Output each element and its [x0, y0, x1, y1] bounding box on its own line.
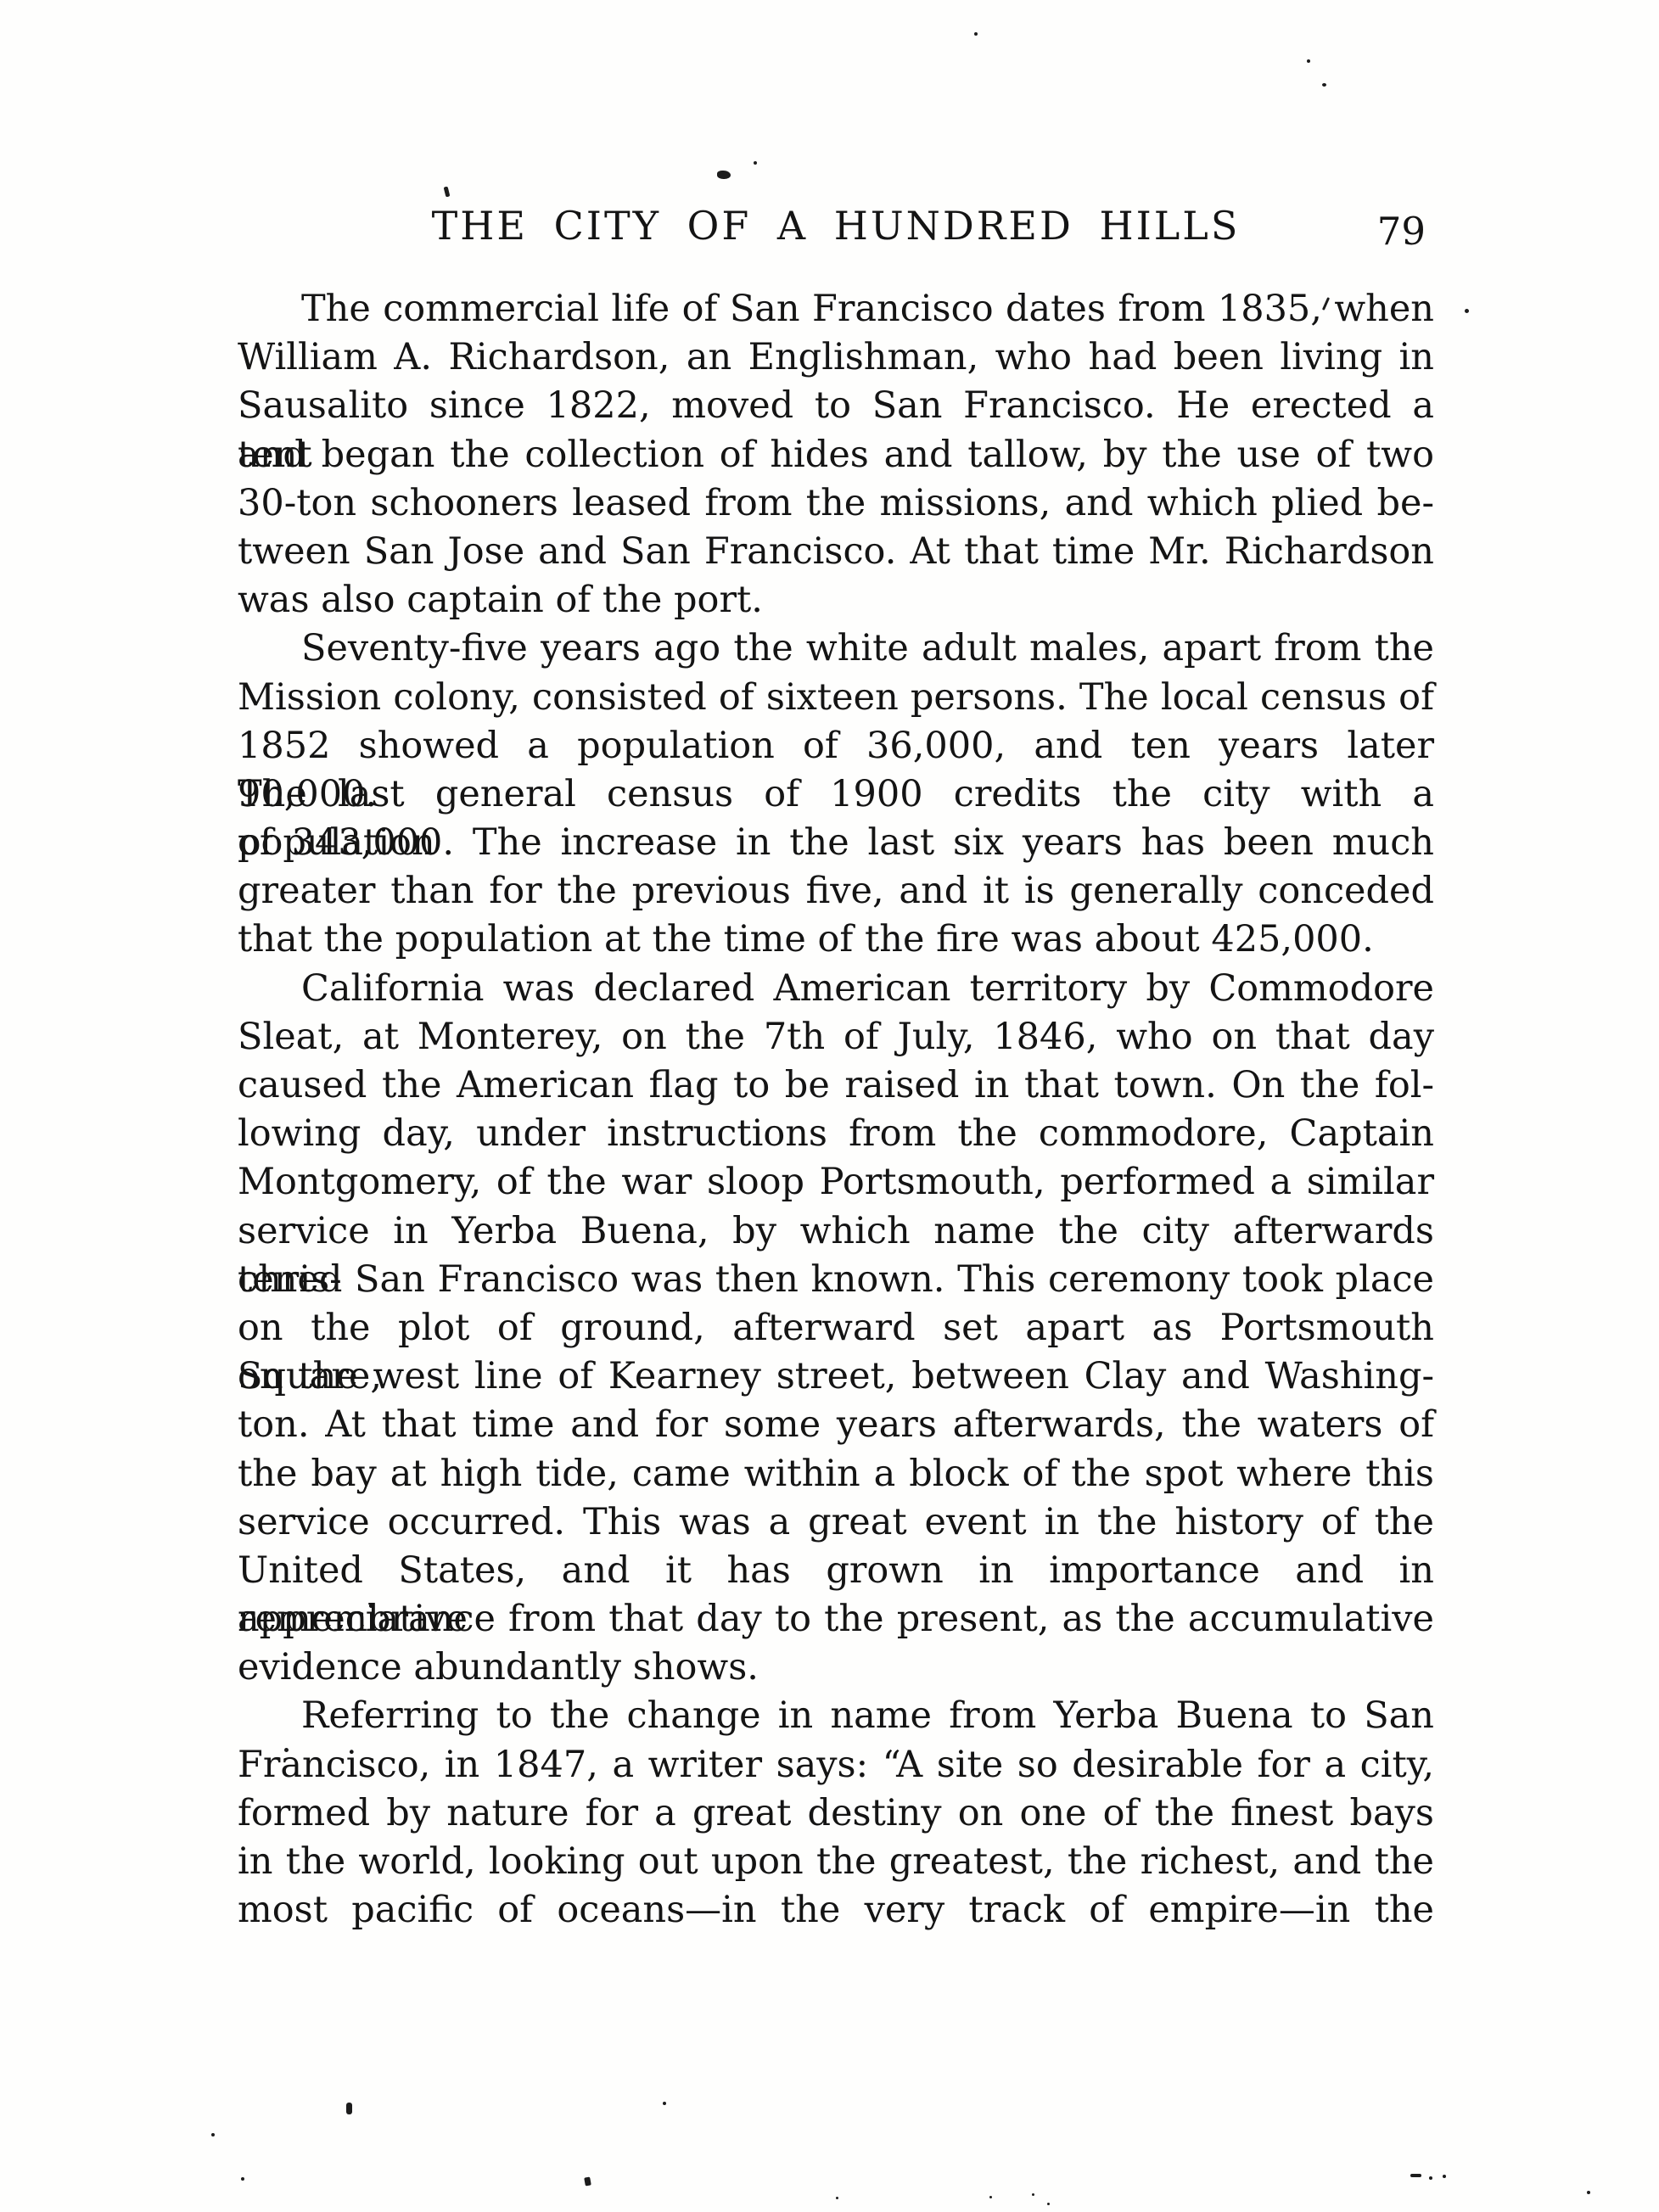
- scan-speck: [284, 1748, 289, 1752]
- text-line: Mission colony, consisted of sixteen per…: [238, 674, 1434, 722]
- paragraph: California was declared American territo…: [238, 965, 1434, 1693]
- text-line: that the population at the time of the f…: [238, 916, 1434, 964]
- text-line: 1852 showed a population of 36,000, and …: [238, 722, 1434, 770]
- scan-speck: [1322, 83, 1326, 87]
- scan-speck: [663, 2102, 666, 2105]
- text-line: Francisco, in 1847, a writer says: “A si…: [238, 1741, 1434, 1789]
- scan-speck: [584, 2176, 591, 2186]
- text-line: service in Yerba Buena, by which name th…: [238, 1207, 1434, 1256]
- scan-speck: [974, 32, 978, 36]
- text-line: greater than for the previous five, and …: [238, 867, 1434, 916]
- text-line: Sausalito since 1822, moved to San Franc…: [238, 382, 1434, 430]
- text-line: remembrance from that day to the present…: [238, 1595, 1434, 1644]
- scan-speck: [717, 171, 731, 179]
- text-line: Sleat, at Monterey, on the 7th of July, …: [238, 1013, 1434, 1061]
- text-line: service occurred. This was a great event…: [238, 1498, 1434, 1547]
- text-line: The commercial life of San Francisco dat…: [238, 285, 1434, 333]
- text-line: was also captain of the port.: [238, 576, 1434, 624]
- scan-speck: [1307, 59, 1310, 63]
- scan-speck: [444, 187, 451, 198]
- text-line: on the west line of Kearney street, betw…: [238, 1352, 1434, 1401]
- text-line: formed by nature for a great destiny on …: [238, 1789, 1434, 1838]
- running-head-title: THE CITY OF A HUNDRED HILLS: [238, 204, 1434, 248]
- text-line: ton. At that time and for some years aft…: [238, 1401, 1434, 1449]
- scan-speck: [1410, 2174, 1421, 2177]
- text-line: Seventy-five years ago the white adult m…: [238, 624, 1434, 673]
- text-line: 30-ton schooners leased from the mission…: [238, 479, 1434, 528]
- page-header: THE CITY OF A HUNDRED HILLS 79: [238, 204, 1434, 255]
- scan-speck: [346, 2103, 352, 2114]
- scan-speck: [1047, 2203, 1050, 2205]
- scan-speck: [1465, 309, 1469, 313]
- scan-speck: [1429, 2176, 1432, 2180]
- text-line: evidence abundantly shows.: [238, 1644, 1434, 1692]
- text-line: tened San Francisco was then known. This…: [238, 1256, 1434, 1304]
- text-line: tween San Jose and San Francisco. At tha…: [238, 528, 1434, 576]
- scan-speck: [989, 2196, 992, 2198]
- text-line: William A. Richardson, an Englishman, wh…: [238, 333, 1434, 382]
- text-line: California was declared American territo…: [238, 965, 1434, 1013]
- paragraph: Seventy-five years ago the white adult m…: [238, 624, 1434, 964]
- text-line: on the plot of ground, afterward set apa…: [238, 1304, 1434, 1352]
- body-text: The commercial life of San Francisco dat…: [238, 285, 1434, 1935]
- scan-speck: [1032, 2193, 1034, 2196]
- text-line: lowing day, under instructions from the …: [238, 1110, 1434, 1158]
- text-line: Referring to the change in name from Yer…: [238, 1692, 1434, 1740]
- scan-speck: [836, 2197, 838, 2199]
- scan-speck: [1443, 2175, 1446, 2178]
- scan-speck: [1587, 2191, 1590, 2194]
- scanned-book-page: THE CITY OF A HUNDRED HILLS 79 The comme…: [0, 0, 1659, 2212]
- paragraph: The commercial life of San Francisco dat…: [238, 285, 1434, 624]
- scan-speck: [754, 161, 757, 165]
- text-line: The last general census of 1900 credits …: [238, 770, 1434, 819]
- page-number: 79: [1377, 212, 1426, 250]
- text-line: in the world, looking out upon the great…: [238, 1838, 1434, 1886]
- text-line: the bay at high tide, came within a bloc…: [238, 1450, 1434, 1498]
- scan-speck: [241, 2177, 244, 2181]
- text-line: United States, and it has grown in impor…: [238, 1547, 1434, 1595]
- text-line: most pacific of oceans—in the very track…: [238, 1886, 1434, 1935]
- text-line: and began the collection of hides and ta…: [238, 431, 1434, 479]
- text-line: caused the American flag to be raised in…: [238, 1061, 1434, 1110]
- text-line: of 343,000. The increase in the last six…: [238, 819, 1434, 867]
- scan-speck: [211, 2133, 215, 2136]
- text-line: Montgomery, of the war sloop Portsmouth,…: [238, 1158, 1434, 1207]
- paragraph: Referring to the change in name from Yer…: [238, 1692, 1434, 1935]
